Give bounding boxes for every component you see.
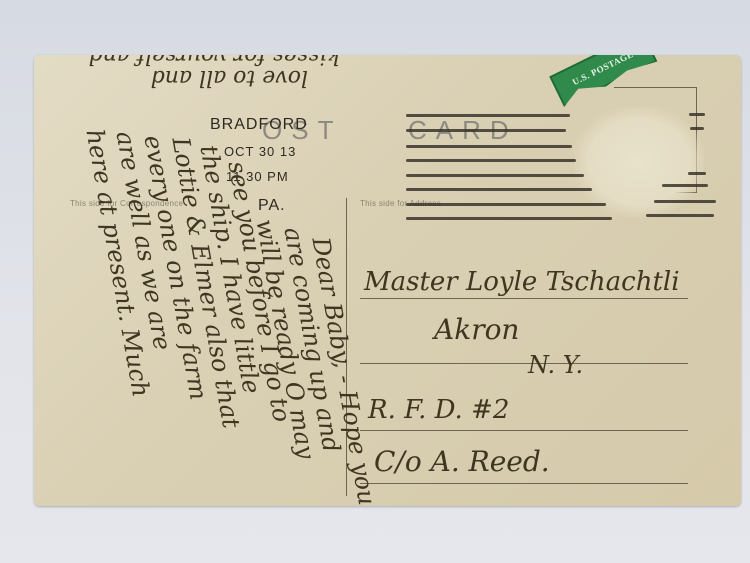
address-state: N. Y. [528, 351, 583, 379]
message-line-upside-down: love to all and [78, 65, 308, 90]
postmark-city: BRADFORD [210, 116, 308, 134]
postcard: OST CARD This side for Correspondence Th… [34, 55, 741, 506]
address-name: Master Loyle Tschachtli [364, 267, 680, 297]
postmark-date: OCT 30 13 [224, 144, 296, 159]
address-rule-1 [360, 298, 688, 299]
address-rule-2 [360, 363, 688, 364]
address-rule-3 [360, 430, 688, 431]
address-rule-4 [360, 483, 688, 484]
postmark-state: PA. [258, 197, 286, 215]
address-town: Akron [434, 313, 519, 346]
message-line-upside-down: kisses for yourself and [40, 55, 340, 68]
address-rfd: R. F. D. #2 [368, 395, 509, 425]
address-care-of: C/o A. Reed. [374, 445, 550, 478]
